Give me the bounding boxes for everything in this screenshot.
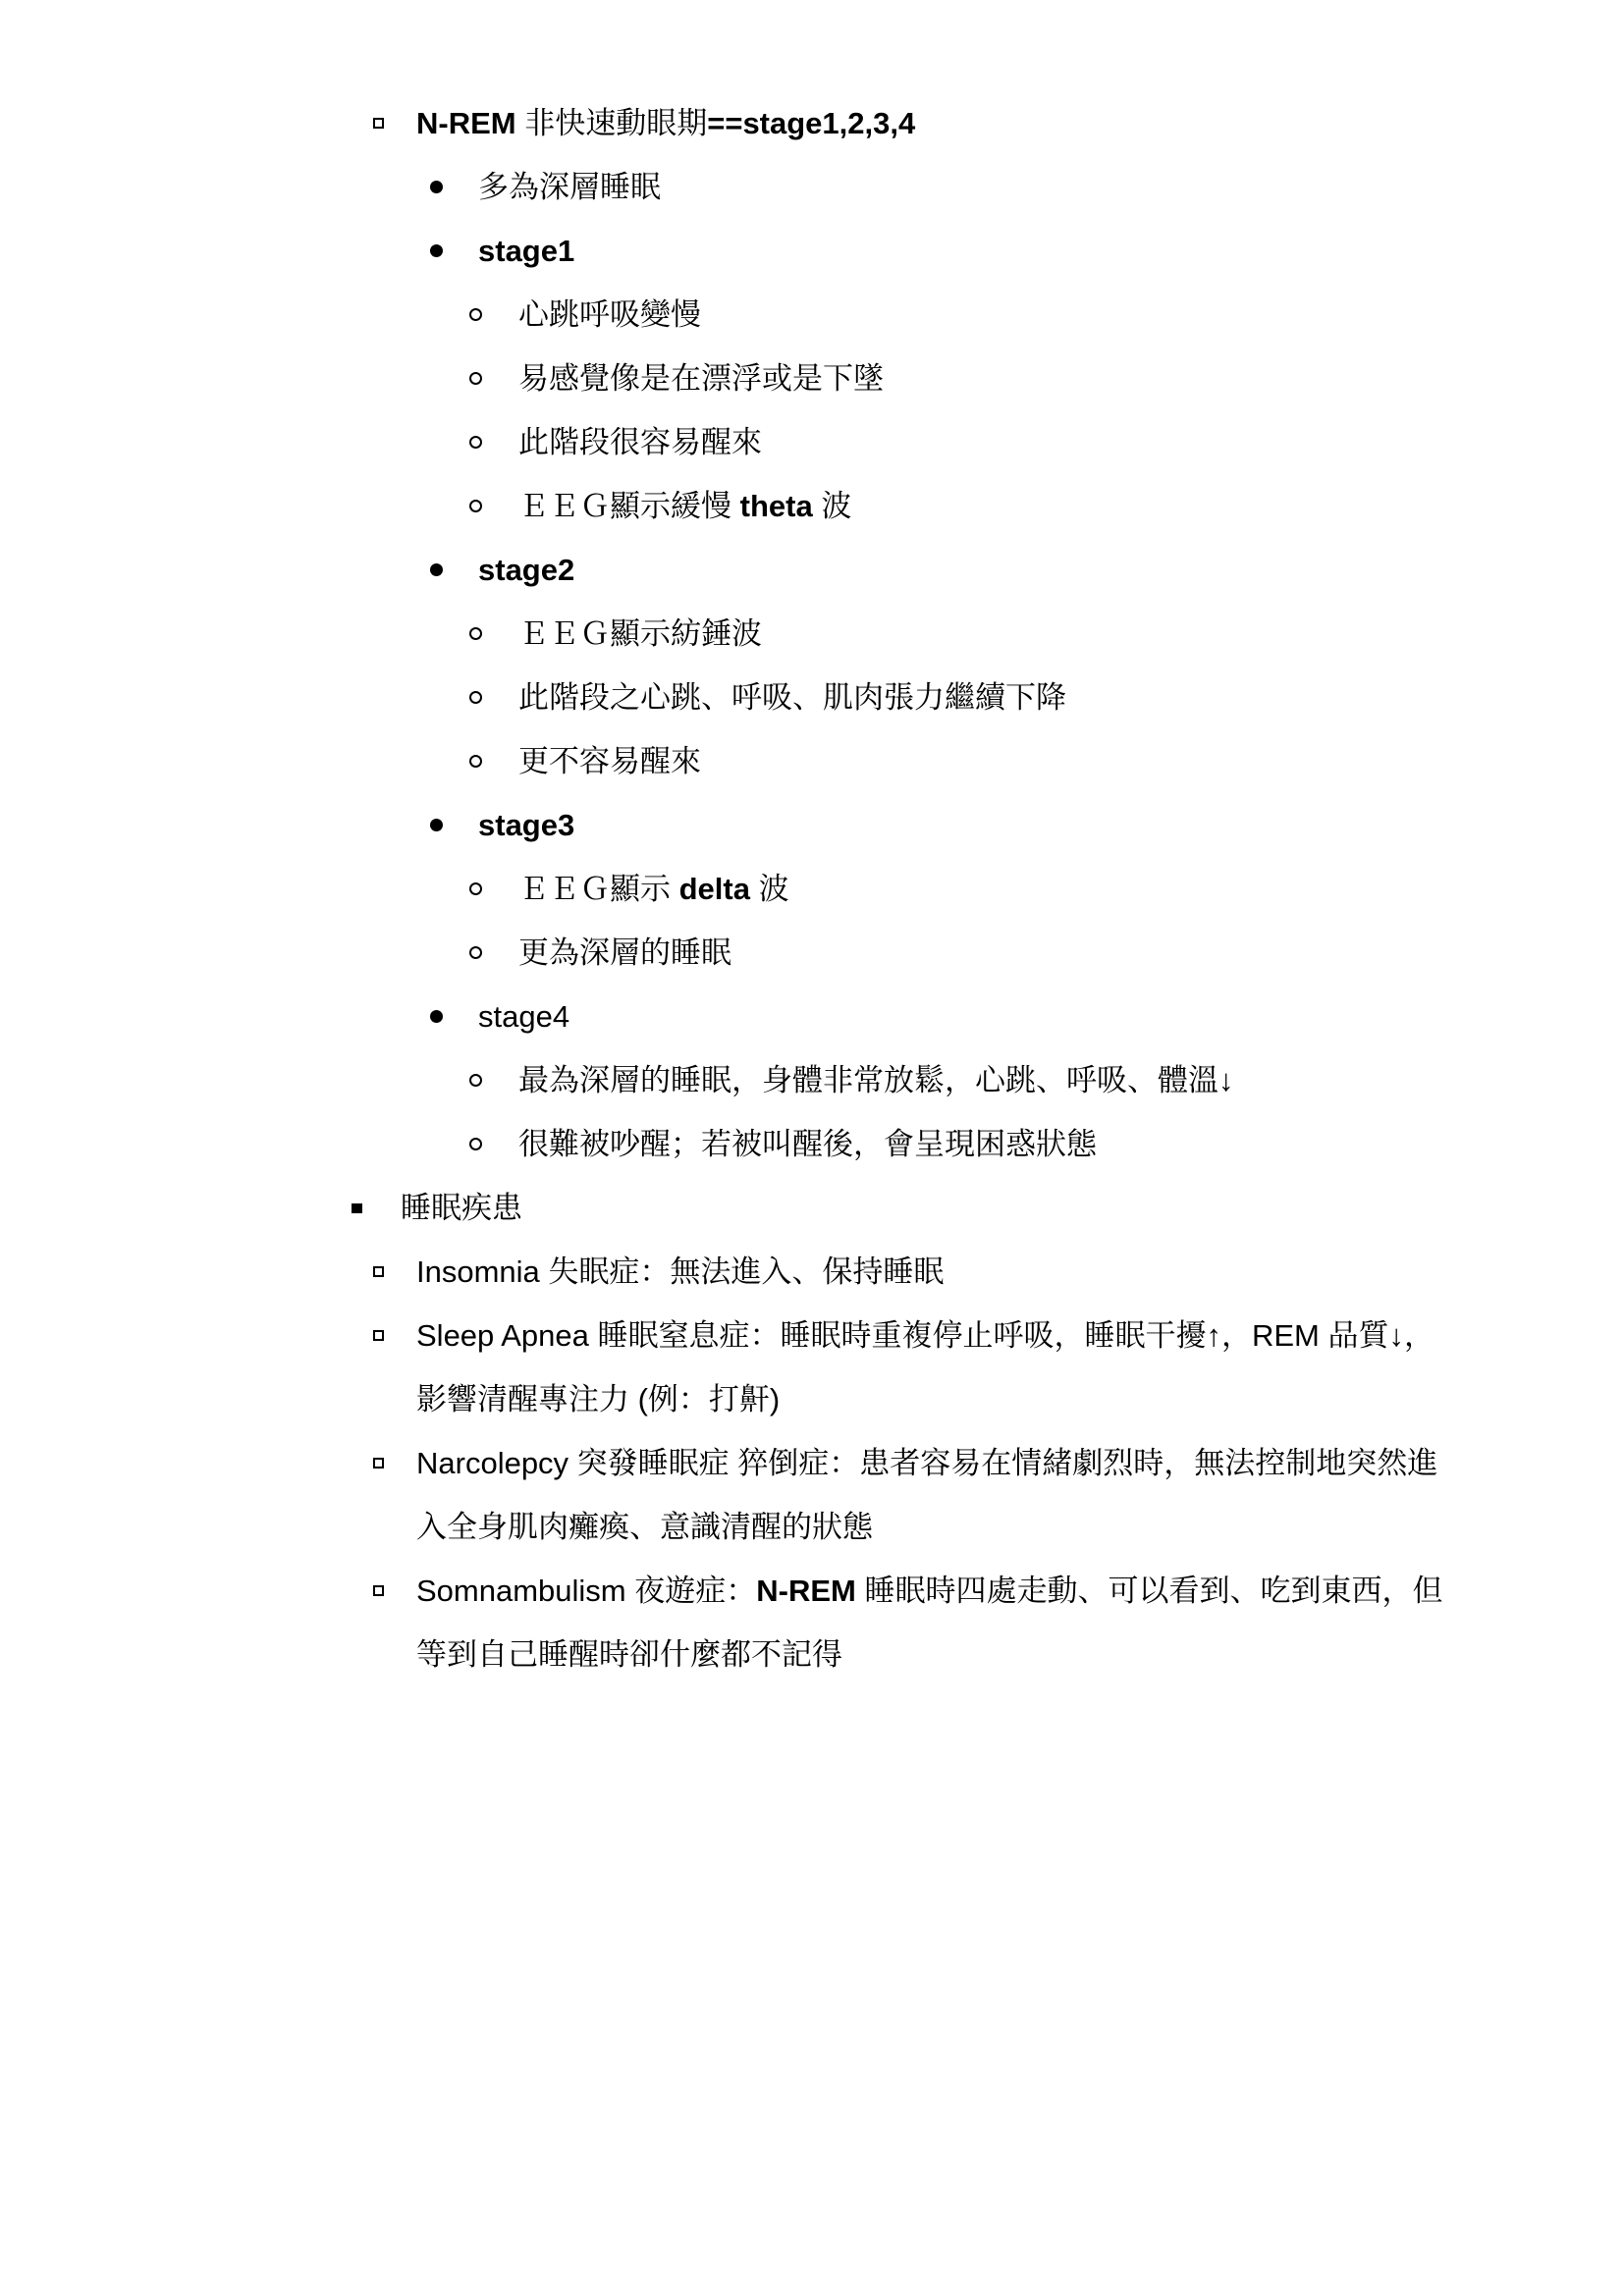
filled-circle-bullet bbox=[430, 244, 443, 257]
text-line: 很難被吵醒；若被叫醒後，會呈現困惑狀態 bbox=[518, 1112, 1624, 1176]
hollow-square-bullet bbox=[373, 1266, 384, 1277]
text-line: 多為深層睡眠 bbox=[478, 155, 1624, 219]
filled-circle-bullet bbox=[430, 1010, 443, 1023]
text-line: Sleep Apnea 睡眠窒息症：睡眠時重複停止呼吸，睡眠干擾↑，REM 品質… bbox=[416, 1304, 1624, 1367]
hollow-circle-bullet bbox=[469, 500, 482, 512]
hollow-square-bullet bbox=[373, 1585, 384, 1596]
hollow-circle-bullet bbox=[469, 372, 482, 385]
hollow-circle-bullet bbox=[469, 691, 482, 704]
text-line: N-REM 非快速動眼期==stage1,2,3,4 bbox=[416, 91, 1624, 155]
text-line: ＥＥＧ顯示紡錘波 bbox=[518, 602, 1624, 666]
item-stage1-eeg-theta: ＥＥＧ顯示緩慢 theta 波 bbox=[0, 474, 1624, 538]
filled-square-bullet bbox=[352, 1203, 362, 1213]
hollow-circle-bullet bbox=[469, 308, 482, 321]
text-line: 影響清醒專注力 (例：打鼾) bbox=[416, 1367, 1624, 1431]
hollow-square-bullet bbox=[373, 1458, 384, 1468]
text-line: stage1 bbox=[478, 219, 1624, 283]
hollow-circle-bullet bbox=[469, 1138, 482, 1150]
text-line: 此階段很容易醒來 bbox=[518, 410, 1624, 474]
hollow-circle-bullet bbox=[469, 436, 482, 449]
text-line: ＥＥＧ顯示 delta 波 bbox=[518, 857, 1624, 921]
item-insomnia: Insomnia 失眠症：無法進入、保持睡眠 bbox=[0, 1240, 1624, 1304]
item-nrem-title: N-REM 非快速動眼期==stage1,2,3,4 bbox=[0, 91, 1624, 155]
text-line: 心跳呼吸變慢 bbox=[518, 283, 1624, 347]
text-line: Insomnia 失眠症：無法進入、保持睡眠 bbox=[416, 1240, 1624, 1304]
item-stage3-deeper-sleep: 更為深層的睡眠 bbox=[0, 921, 1624, 985]
text-line: 等到自己睡醒時卻什麼都不記得 bbox=[416, 1623, 1624, 1686]
text-line: stage2 bbox=[478, 538, 1624, 602]
filled-circle-bullet bbox=[430, 819, 443, 831]
text-line: 此階段之心跳、呼吸、肌肉張力繼續下降 bbox=[518, 666, 1624, 729]
item-sleep-disorders-heading: 睡眠疾患 bbox=[0, 1176, 1624, 1240]
text-line: 入全身肌肉癱瘓、意識清醒的狀態 bbox=[416, 1495, 1624, 1559]
item-stage1-easy-wake: 此階段很容易醒來 bbox=[0, 410, 1624, 474]
document-page: { "page": { "background": "#ffffff", "te… bbox=[0, 0, 1624, 2296]
item-stage2-harder-wake: 更不容易醒來 bbox=[0, 729, 1624, 793]
text-line: stage3 bbox=[478, 793, 1624, 857]
hollow-square-bullet bbox=[373, 1330, 384, 1341]
item-stage4-heading: stage4 bbox=[0, 985, 1624, 1048]
item-deep-sleep-note: 多為深層睡眠 bbox=[0, 155, 1624, 219]
item-narcolepsy: Narcolepcy 突發睡眠症 猝倒症：患者容易在情緒劇烈時，無法控制地突然進… bbox=[0, 1431, 1624, 1559]
item-stage2-eeg-spindle: ＥＥＧ顯示紡錘波 bbox=[0, 602, 1624, 666]
text-line: 更不容易醒來 bbox=[518, 729, 1624, 793]
hollow-circle-bullet bbox=[469, 755, 482, 768]
item-stage1-heartbeat: 心跳呼吸變慢 bbox=[0, 283, 1624, 347]
notes-document: N-REM 非快速動眼期==stage1,2,3,4 多為深層睡眠 stage1… bbox=[0, 0, 1624, 1686]
item-stage1-floating: 易感覺像是在漂浮或是下墜 bbox=[0, 347, 1624, 410]
item-stage3-eeg-delta: ＥＥＧ顯示 delta 波 bbox=[0, 857, 1624, 921]
item-sleep-apnea: Sleep Apnea 睡眠窒息症：睡眠時重複停止呼吸，睡眠干擾↑，REM 品質… bbox=[0, 1304, 1624, 1431]
filled-circle-bullet bbox=[430, 563, 443, 576]
text-line: Narcolepcy 突發睡眠症 猝倒症：患者容易在情緒劇烈時，無法控制地突然進 bbox=[416, 1431, 1624, 1495]
item-stage2-decline: 此階段之心跳、呼吸、肌肉張力繼續下降 bbox=[0, 666, 1624, 729]
text-line: 更為深層的睡眠 bbox=[518, 921, 1624, 985]
item-stage2-heading: stage2 bbox=[0, 538, 1624, 602]
filled-circle-bullet bbox=[430, 181, 443, 193]
text-line: 最為深層的睡眠，身體非常放鬆，心跳、呼吸、體溫↓ bbox=[518, 1048, 1624, 1112]
hollow-circle-bullet bbox=[469, 627, 482, 640]
text-line: 睡眠疾患 bbox=[401, 1176, 1624, 1240]
item-stage3-heading: stage3 bbox=[0, 793, 1624, 857]
text-line: Somnambulism 夜遊症：N-REM 睡眠時四處走動、可以看到、吃到東西… bbox=[416, 1559, 1624, 1623]
hollow-circle-bullet bbox=[469, 1074, 482, 1087]
item-stage4-deepest-sleep: 最為深層的睡眠，身體非常放鬆，心跳、呼吸、體溫↓ bbox=[0, 1048, 1624, 1112]
item-stage1-heading: stage1 bbox=[0, 219, 1624, 283]
item-somnambulism: Somnambulism 夜遊症：N-REM 睡眠時四處走動、可以看到、吃到東西… bbox=[0, 1559, 1624, 1686]
text-line: stage4 bbox=[478, 985, 1624, 1048]
text-line: ＥＥＧ顯示緩慢 theta 波 bbox=[518, 474, 1624, 538]
hollow-circle-bullet bbox=[469, 946, 482, 959]
hollow-circle-bullet bbox=[469, 882, 482, 895]
item-stage4-hard-wake: 很難被吵醒；若被叫醒後，會呈現困惑狀態 bbox=[0, 1112, 1624, 1176]
hollow-square-bullet bbox=[373, 118, 384, 129]
text-line: 易感覺像是在漂浮或是下墜 bbox=[518, 347, 1624, 410]
